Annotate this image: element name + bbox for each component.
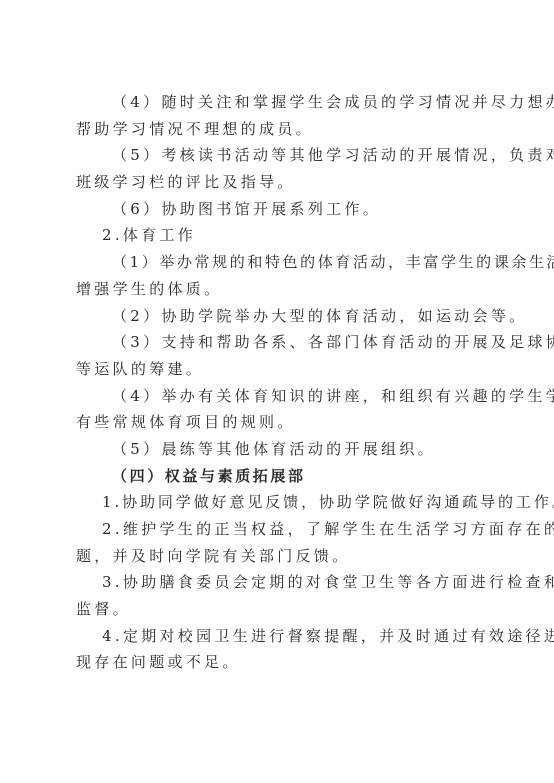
text-line: 2.体育工作 xyxy=(76,222,486,249)
paragraph-study-item-4: （4）随时关注和掌握学生会成员的学习情况并尽力想办法 帮助学习情况不理想的成员。 xyxy=(76,89,486,142)
paragraph-sports-item-3: （3）支持和帮助各系、各部门体育活动的开展及足球协会 等运队的筹建。 xyxy=(76,329,486,382)
paragraph-rights-item-2: 2.维护学生的正当权益，了解学生在生活学习方面存在的问 题，并及时向学院有关部门… xyxy=(76,516,486,569)
section-heading-rights-dept: （四）权益与素质拓展部 xyxy=(76,463,486,490)
text-line: （4）随时关注和掌握学生会成员的学习情况并尽力想办法 xyxy=(76,89,486,116)
text-line: （5）晨练等其他体育活动的开展组织。 xyxy=(76,436,486,463)
paragraph-rights-item-3: 3.协助膳食委员会定期的对食堂卫生等各方面进行检查和 监督。 xyxy=(76,569,486,622)
text-line: （四）权益与素质拓展部 xyxy=(76,463,486,490)
text-line: 监督。 xyxy=(76,596,486,623)
paragraph-sports-item-4: （4）举办有关体育知识的讲座，和组织有兴趣的学生学习 有些常规体育项目的规则。 xyxy=(76,383,486,436)
paragraph-study-item-5: （5）考核读书活动等其他学习活动的开展情况，负责对各 班级学习栏的评比及指导。 xyxy=(76,142,486,195)
paragraph-sports-item-1: （1）举办常规的和特色的体育活动，丰富学生的课余生活， 增强学生的体质。 xyxy=(76,249,486,302)
paragraph-sports-item-5: （5）晨练等其他体育活动的开展组织。 xyxy=(76,436,486,463)
text-line: 3.协助膳食委员会定期的对食堂卫生等各方面进行检查和 xyxy=(76,569,486,596)
text-line: 1.协助同学做好意见反馈，协助学院做好沟通疏导的工作。 xyxy=(76,489,486,516)
text-line: 2.维护学生的正当权益，了解学生在生活学习方面存在的问 xyxy=(76,516,486,543)
text-line: 现存在问题或不足。 xyxy=(76,649,486,676)
text-line: （2）协助学院举办大型的体育活动，如运动会等。 xyxy=(76,303,486,330)
text-line: 有些常规体育项目的规则。 xyxy=(76,409,486,436)
text-line: （6）协助图书馆开展系列工作。 xyxy=(76,196,486,223)
text-line: 班级学习栏的评比及指导。 xyxy=(76,169,486,196)
text-line: （1）举办常规的和特色的体育活动，丰富学生的课余生活， xyxy=(76,249,486,276)
text-line: 4.定期对校园卫生进行督察提醒，并及时通过有效途径进行 xyxy=(76,623,486,650)
text-line: （5）考核读书活动等其他学习活动的开展情况，负责对各 xyxy=(76,142,486,169)
text-line: （3）支持和帮助各系、各部门体育活动的开展及足球协会 xyxy=(76,329,486,356)
text-line: 增强学生的体质。 xyxy=(76,276,486,303)
paragraph-rights-item-4: 4.定期对校园卫生进行督察提醒，并及时通过有效途径进行 现存在问题或不足。 xyxy=(76,623,486,676)
text-line: 帮助学习情况不理想的成员。 xyxy=(76,116,486,143)
text-line: 题，并及时向学院有关部门反馈。 xyxy=(76,543,486,570)
paragraph-sports-item-2: （2）协助学院举办大型的体育活动，如运动会等。 xyxy=(76,303,486,330)
section-heading-sports: 2.体育工作 xyxy=(76,222,486,249)
paragraph-study-item-6: （6）协助图书馆开展系列工作。 xyxy=(76,196,486,223)
paragraph-rights-item-1: 1.协助同学做好意见反馈，协助学院做好沟通疏导的工作。 xyxy=(76,489,486,516)
text-line: （4）举办有关体育知识的讲座，和组织有兴趣的学生学习 xyxy=(76,383,486,410)
text-line: 等运队的筹建。 xyxy=(76,356,486,383)
document-page: （4）随时关注和掌握学生会成员的学习情况并尽力想办法 帮助学习情况不理想的成员。… xyxy=(76,89,486,676)
